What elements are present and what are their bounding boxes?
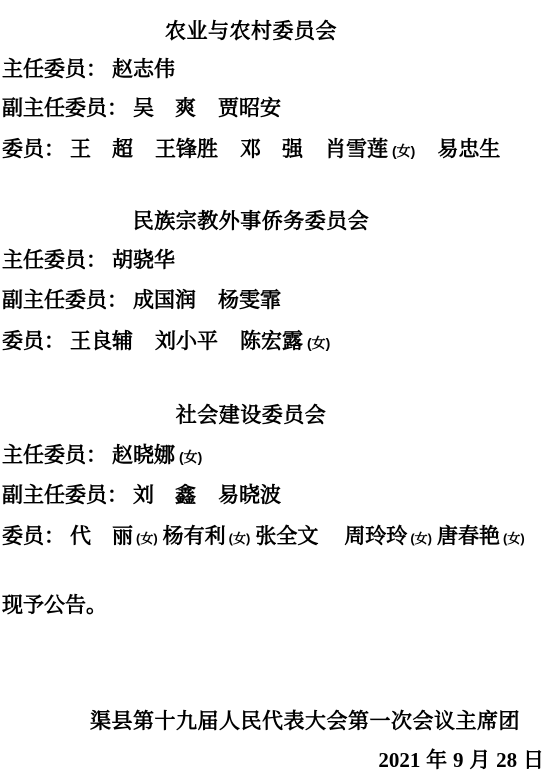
- row-label-vice-chairman: 副主任委员：: [2, 97, 128, 120]
- member: 杨雯霏: [218, 289, 281, 312]
- signature-presidium: 渠县第十九届人民代表大会第一次会议主席团: [0, 710, 549, 733]
- committee-row-vice-chairman: 副主任委员：成国润杨雯霏: [2, 289, 549, 312]
- female-marker: (女): [229, 531, 251, 546]
- member-list: 王 超王锋胜邓 强肖雪莲(女)易忠生: [70, 138, 500, 161]
- member-name: 代 丽: [70, 525, 133, 548]
- member-name: 易晓波: [218, 484, 281, 507]
- member-name: 王 超: [70, 138, 133, 161]
- committee-row-members: 委员：王 超王锋胜邓 强肖雪莲(女)易忠生: [2, 138, 549, 161]
- member-name: 邓 强: [240, 138, 303, 161]
- member-list: 胡骁华: [112, 249, 175, 272]
- announcement-document: 农业与农村委员会 主任委员：赵志伟 副主任委员：吴 爽贾昭安 委员：王 超王锋胜…: [0, 0, 549, 778]
- member: 肖雪莲(女): [325, 138, 415, 161]
- date-number: 2021: [378, 748, 420, 772]
- member-list: 吴 爽贾昭安: [133, 97, 281, 120]
- member: 成国润: [133, 289, 196, 312]
- member: 赵志伟: [112, 58, 175, 81]
- member: 王良辅: [70, 330, 133, 353]
- committee-row-chairman: 主任委员：赵晓娜(女): [2, 444, 549, 467]
- date-unit: 日: [517, 749, 544, 772]
- row-label-vice-chairman: 副主任委员：: [2, 289, 128, 312]
- member: 刘 鑫: [133, 484, 196, 507]
- member-name: 王良辅: [70, 330, 133, 353]
- member-name: 成国润: [133, 289, 196, 312]
- member: 代 丽(女): [70, 525, 158, 548]
- member: 杨有利(女): [163, 525, 251, 548]
- document-date: 2021 年 9 月 28 日: [0, 749, 549, 772]
- member-name: 杨雯霏: [218, 289, 281, 312]
- member: 王 超: [70, 138, 133, 161]
- member-name: 杨有利: [163, 525, 226, 548]
- row-label-members: 委员：: [2, 525, 65, 548]
- female-marker: (女): [392, 143, 415, 159]
- member-name: 赵志伟: [112, 58, 175, 81]
- member: 周玲玲(女): [344, 525, 432, 548]
- member: 吴 爽: [133, 97, 196, 120]
- member-list: 成国润杨雯霏: [133, 289, 281, 312]
- member-name: 陈宏露: [240, 330, 303, 353]
- member: 易晓波: [218, 484, 281, 507]
- member-list: 赵晓娜(女): [112, 444, 202, 467]
- member-list: 刘 鑫易晓波: [133, 484, 281, 507]
- member-name: 赵晓娜: [112, 444, 175, 467]
- member-list: 王良辅刘小平陈宏露(女): [70, 330, 330, 353]
- committee-row-chairman: 主任委员：赵志伟: [2, 58, 549, 81]
- female-marker: (女): [307, 335, 330, 351]
- date-number: 9: [453, 748, 464, 772]
- female-marker: (女): [410, 531, 432, 546]
- row-label-members: 委员：: [2, 138, 65, 161]
- member: 陈宏露(女): [240, 330, 330, 353]
- committee-row-members: 委员：王良辅刘小平陈宏露(女): [2, 330, 549, 353]
- section-title-social-construction: 社会建设委员会: [0, 404, 502, 427]
- member-name: 胡骁华: [112, 249, 175, 272]
- committee-row-vice-chairman: 副主任委员：刘 鑫易晓波: [2, 484, 549, 507]
- closing-statement: 现予公告。: [2, 594, 549, 617]
- member-name: 贾昭安: [218, 97, 281, 120]
- section-title-ethnic-religious: 民族宗教外事侨务委员会: [0, 210, 502, 233]
- member-name: 王锋胜: [155, 138, 218, 161]
- section-title-agriculture: 农业与农村委员会: [0, 20, 502, 43]
- member-name: 唐春艳: [437, 525, 500, 548]
- member-name: 刘 鑫: [133, 484, 196, 507]
- member-name: 肖雪莲: [325, 138, 388, 161]
- member: 胡骁华: [112, 249, 175, 272]
- row-label-chairman: 主任委员：: [2, 444, 107, 467]
- member-name: 吴 爽: [133, 97, 196, 120]
- member: 赵晓娜(女): [112, 444, 202, 467]
- committee-row-chairman: 主任委员：胡骁华: [2, 249, 549, 272]
- female-marker: (女): [179, 449, 202, 465]
- member-list: 代 丽(女)杨有利(女)张全文 周玲玲(女)唐春艳(女): [70, 525, 530, 548]
- member: 王锋胜: [155, 138, 218, 161]
- member-name: 周玲玲: [344, 525, 407, 548]
- female-marker: (女): [503, 531, 525, 546]
- member-name: 刘小平: [155, 330, 218, 353]
- member: 张全文: [255, 525, 339, 548]
- row-label-members: 委员：: [2, 330, 65, 353]
- row-label-chairman: 主任委员：: [2, 249, 107, 272]
- member: 邓 强: [240, 138, 303, 161]
- date-unit: 月: [463, 749, 496, 772]
- date-number: 28: [496, 748, 517, 772]
- member: 贾昭安: [218, 97, 281, 120]
- committee-row-vice-chairman: 副主任委员：吴 爽贾昭安: [2, 97, 549, 120]
- member: 刘小平: [155, 330, 218, 353]
- member: 易忠生: [437, 138, 500, 161]
- member-name: 易忠生: [437, 138, 500, 161]
- row-label-vice-chairman: 副主任委员：: [2, 484, 128, 507]
- date-unit: 年: [420, 749, 453, 772]
- row-label-chairman: 主任委员：: [2, 58, 107, 81]
- member-list: 赵志伟: [112, 58, 175, 81]
- female-marker: (女): [136, 531, 158, 546]
- member: 唐春艳(女): [437, 525, 525, 548]
- member-name: 张全文: [255, 525, 339, 548]
- committee-row-members: 委员：代 丽(女)杨有利(女)张全文 周玲玲(女)唐春艳(女): [2, 525, 549, 548]
